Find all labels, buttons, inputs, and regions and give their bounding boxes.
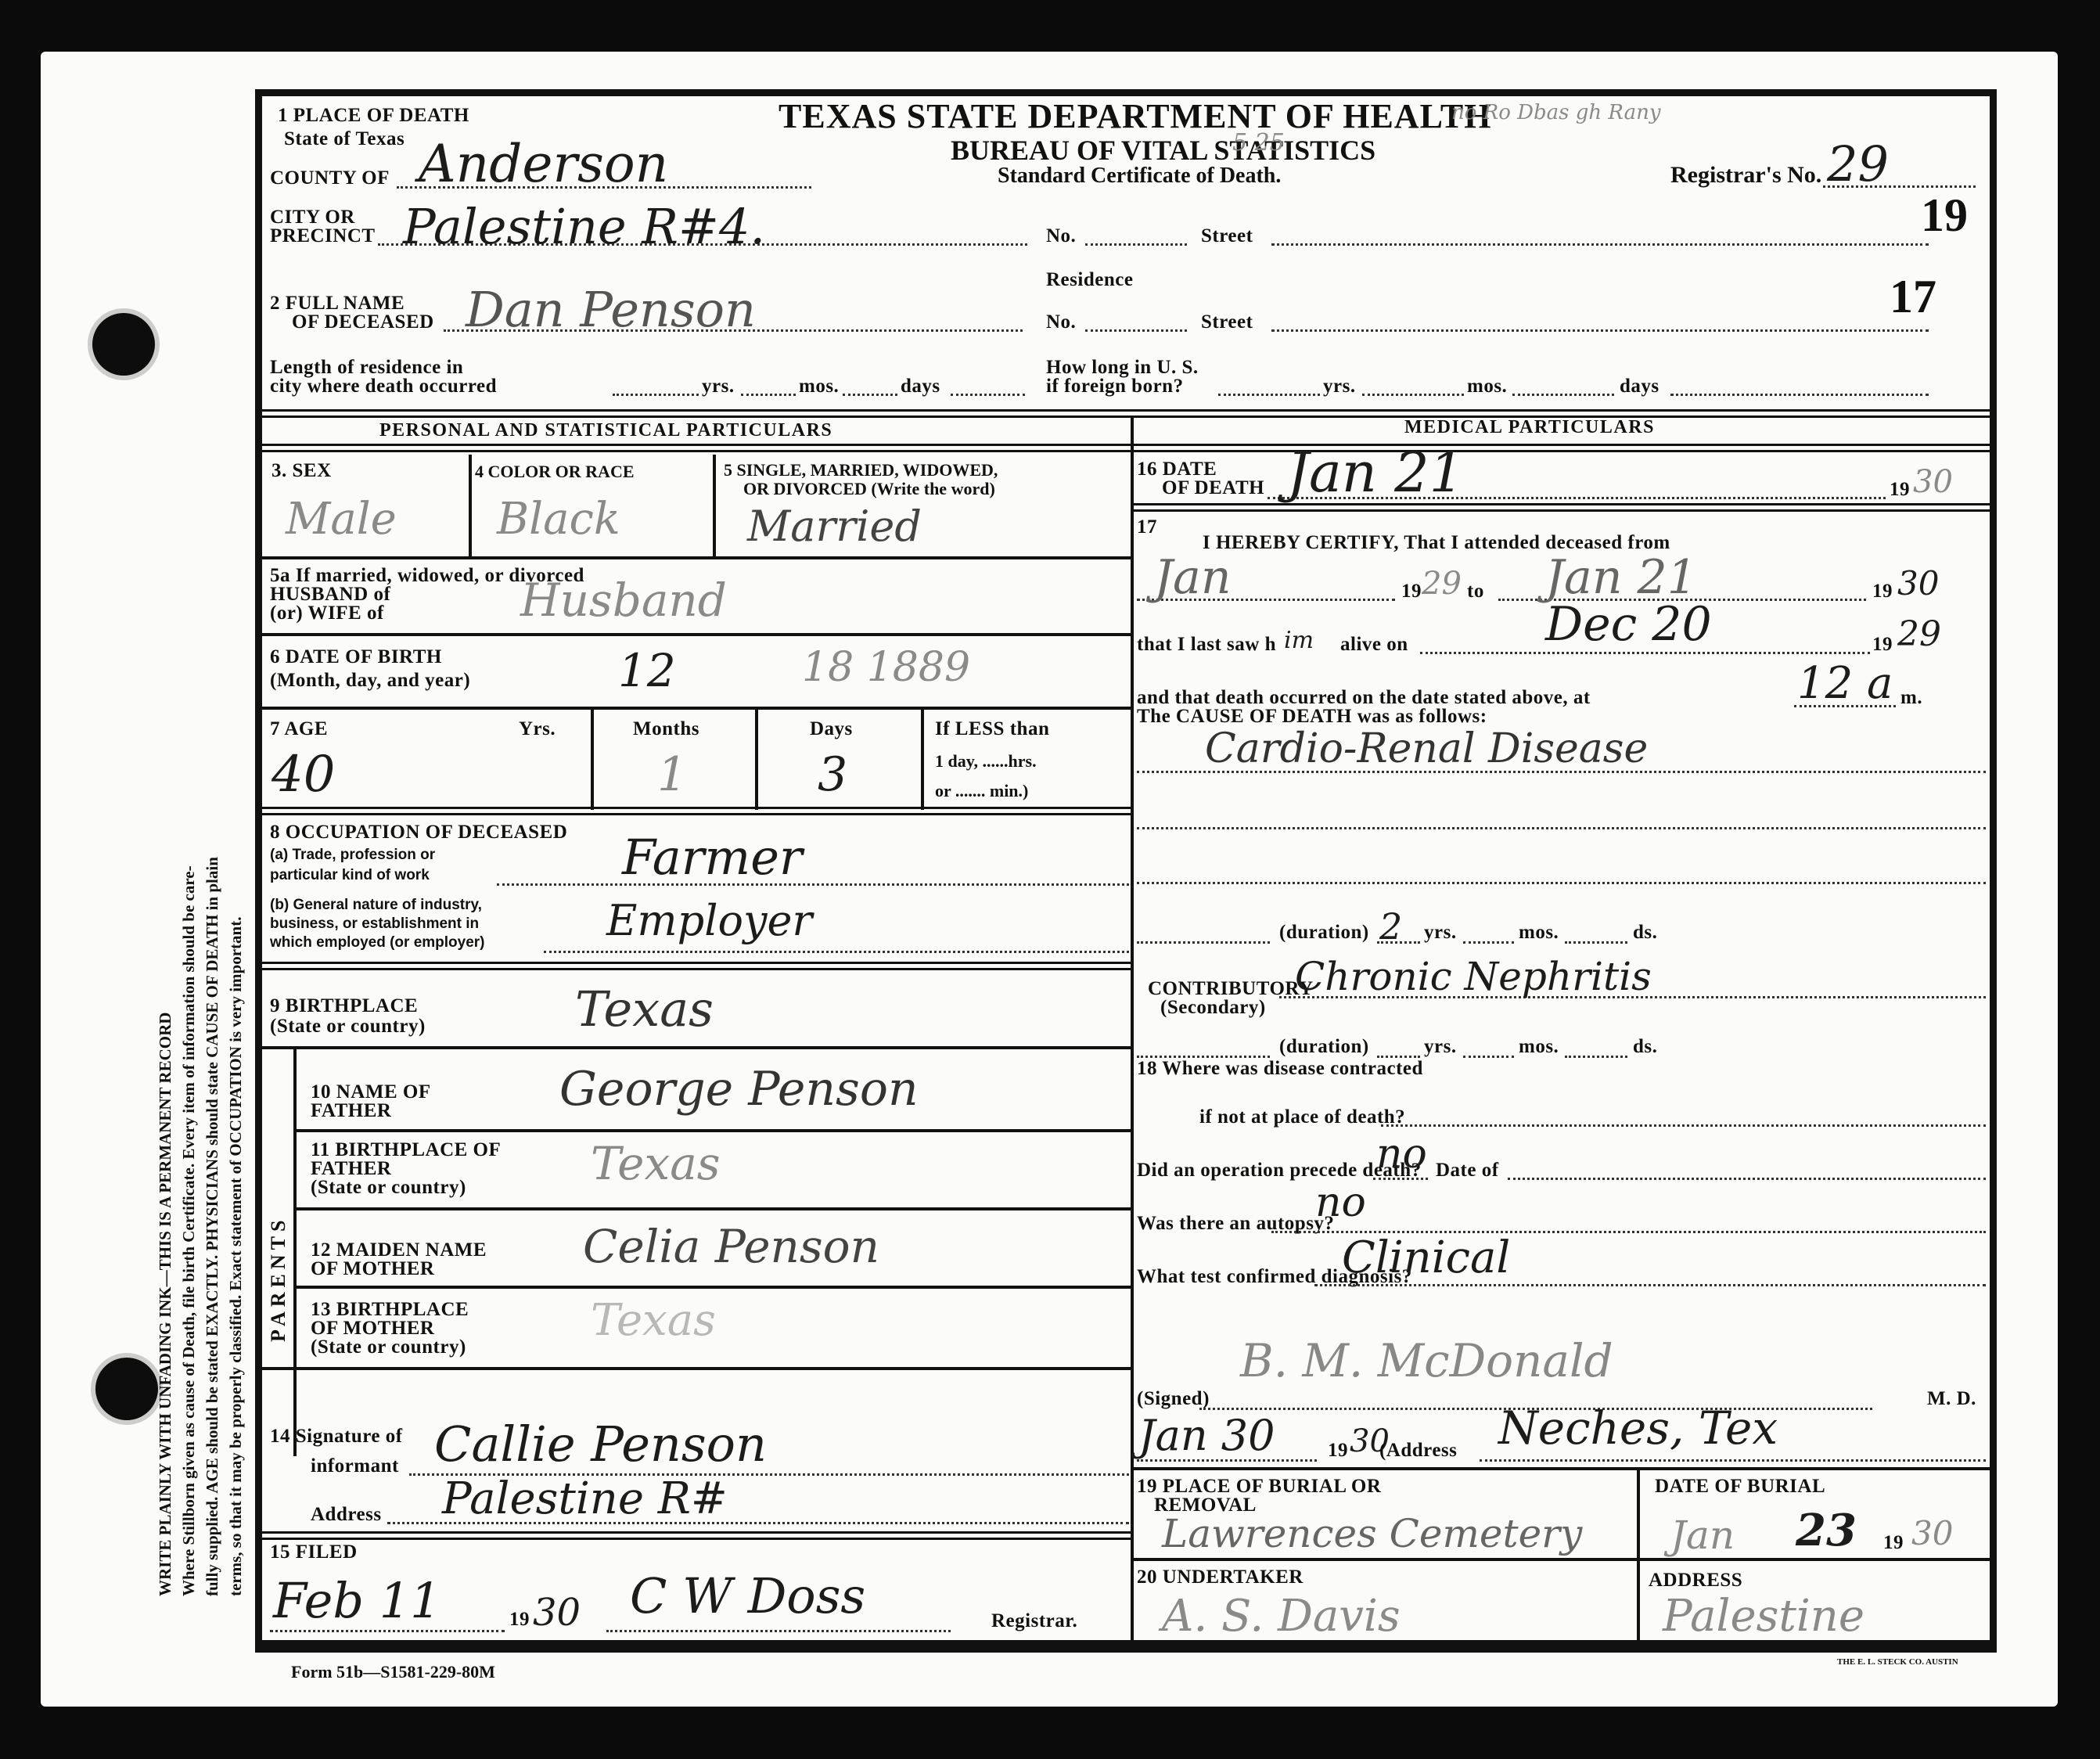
operation-field[interactable]: no — [1376, 1131, 1427, 1178]
age-yrs-label: Yrs. — [519, 719, 556, 739]
birthplace-field[interactable]: Texas — [575, 980, 714, 1038]
registrar-label: Registrar. — [991, 1611, 1077, 1631]
margin-note-right: no Ro Dbas gh Rany — [1451, 101, 1661, 124]
race-field[interactable]: Black — [497, 494, 620, 545]
residence-days-label: days — [901, 376, 940, 397]
date-of-death-year-field[interactable]: 30 — [1913, 464, 1953, 500]
alive-on-label: alive on — [1340, 635, 1408, 655]
duration-label-secondary: (duration) — [1279, 1037, 1369, 1057]
filed-label: 15 FILED — [270, 1542, 358, 1563]
occupation-industry-field[interactable]: Employer — [606, 896, 812, 945]
dob-label-2: (Month, day, and year) — [270, 671, 470, 691]
age-less-label-2: 1 day, ......hrs. — [935, 752, 1037, 771]
test-field[interactable]: Clinical — [1342, 1232, 1510, 1283]
burial-year-prefix: 19 — [1883, 1533, 1904, 1553]
age-yrs-field[interactable]: 40 — [271, 746, 335, 804]
undertaker-field[interactable]: A. S. Davis — [1162, 1591, 1401, 1642]
father-birthplace-label-3: (State or country) — [311, 1178, 466, 1198]
father-name-label-2: FATHER — [311, 1101, 391, 1121]
where-contracted-label: 18 Where was disease contracted — [1137, 1059, 1423, 1079]
mother-name-label-2: OF MOTHER — [311, 1259, 434, 1279]
dob-label-1: 6 DATE OF BIRTH — [270, 647, 442, 667]
age-days-label: Days — [810, 719, 853, 739]
death-certificate-form: 1 PLACE OF DEATH State of Texas TEXAS ST… — [255, 89, 1997, 1653]
contributory-label-2: (Secondary) — [1160, 998, 1266, 1018]
duration2-yrs-label: yrs. — [1424, 1037, 1457, 1057]
last-saw-year-prefix: 19 — [1872, 635, 1893, 655]
signed-date-field[interactable]: Jan 30 — [1138, 1411, 1275, 1460]
date-of-death-label-2: OF DEATH — [1162, 478, 1264, 498]
bureau-title: BUREAU OF VITAL STATISTICS — [951, 134, 1375, 167]
dob-rest-field[interactable]: 18 1889 — [802, 644, 970, 691]
undertaker-address-label: ADDRESS — [1649, 1570, 1742, 1591]
last-saw-date-field[interactable]: Dec 20 — [1545, 597, 1712, 652]
autopsy-field[interactable]: no — [1315, 1179, 1366, 1226]
residence-label: Residence — [1046, 270, 1133, 290]
margin-note-top: 5 25 — [1232, 129, 1285, 156]
form-number: Form 51b—S1581-229-80M — [291, 1662, 495, 1682]
spouse-label-3: (or) WIFE of — [270, 603, 384, 624]
us-mos-label: mos. — [1467, 376, 1507, 397]
residence-yrs-label: yrs. — [702, 376, 735, 397]
occupation-a-label-2: particular kind of work — [270, 866, 430, 885]
informant-address-label: Address — [311, 1505, 382, 1525]
duration2-ds-label: ds. — [1633, 1037, 1657, 1057]
age-less-label-3: or ....... min.) — [935, 782, 1028, 800]
birthplace-label-1: 9 BIRTHPLACE — [270, 996, 418, 1016]
item-17-label: 17 — [1137, 517, 1157, 538]
duration2-mos-label: mos. — [1519, 1037, 1559, 1057]
occupation-trade-field[interactable]: Farmer — [622, 829, 803, 886]
informant-label-2: informant — [311, 1456, 399, 1477]
filed-year-field[interactable]: 30 — [533, 1591, 581, 1635]
burial-place-field[interactable]: Lawrences Cemetery — [1162, 1511, 1582, 1556]
filed-year-prefix: 19 — [509, 1610, 530, 1630]
marital-field[interactable]: Married — [747, 502, 922, 551]
margin-instructions: WRITE PLAINLY WITH UNFADING INK—THIS IS … — [153, 125, 247, 1596]
burial-day-field[interactable]: 23 — [1796, 1505, 1857, 1556]
duration-mos-label: mos. — [1519, 923, 1559, 943]
punch-hole-top — [92, 313, 155, 376]
mother-name-field[interactable]: Celia Penson — [583, 1220, 879, 1273]
attended-from-year-prefix: 19 — [1401, 581, 1422, 602]
last-saw-pronoun-field[interactable]: im — [1284, 627, 1314, 654]
undertaker-address-field[interactable]: Palestine — [1663, 1591, 1864, 1642]
printer-credit: THE E. L. STECK CO. AUSTIN — [1837, 1657, 1958, 1667]
mother-birthplace-field[interactable]: Texas — [591, 1295, 716, 1346]
death-time-field[interactable]: 12 a — [1797, 658, 1893, 709]
parents-side-label: PARENTS — [267, 1216, 290, 1342]
residence-length-label-2: city where death occurred — [270, 376, 497, 397]
informant-signature-field[interactable]: Callie Penson — [434, 1415, 767, 1473]
registrar-no-label: Registrar's No. — [1670, 162, 1821, 189]
punch-hole-bottom — [95, 1358, 158, 1420]
medical-section-title: MEDICAL PARTICULARS — [1404, 417, 1655, 438]
not-at-place-label: if not at place of death? — [1199, 1107, 1405, 1128]
sex-field[interactable]: Male — [286, 494, 397, 545]
margin-line-2: Where Stillborn given as cause of Death,… — [177, 125, 200, 1596]
county-label: COUNTY OF — [270, 168, 390, 189]
informant-address-field[interactable]: Palestine R# — [442, 1473, 728, 1524]
personal-section-title: PERSONAL AND STATISTICAL PARTICULARS — [379, 420, 832, 441]
spouse-field[interactable]: Husband — [520, 574, 727, 627]
burial-date-label: DATE OF BURIAL — [1655, 1477, 1825, 1497]
street-label: Street — [1201, 226, 1253, 246]
margin-line-4: terms, so that it may be properly classi… — [224, 125, 247, 1596]
cause-of-death-label: The CAUSE OF DEATH was as follows: — [1137, 707, 1487, 727]
marital-label-1: 5 SINGLE, MARRIED, WIDOWED, — [724, 461, 998, 480]
father-name-field[interactable]: George Penson — [559, 1062, 919, 1117]
attended-from-year-field[interactable]: 29 — [1422, 566, 1462, 602]
duration-yrs-field[interactable]: 2 — [1379, 905, 1402, 948]
last-saw-label: that I last saw h — [1137, 635, 1276, 655]
operation-date-label: Date of — [1436, 1160, 1499, 1181]
sex-label: 3. SEX — [271, 461, 332, 481]
occupation-label: 8 OCCUPATION OF DECEASED — [270, 822, 567, 843]
death-time-suffix: m. — [1900, 688, 1922, 708]
stamp-19: 19 — [1921, 189, 1968, 243]
occupation-b-label-2: business, or establishment in — [270, 915, 479, 933]
burial-year-field[interactable]: 30 — [1911, 1514, 1953, 1552]
occupation-b-label-3: which employed (or employer) — [270, 933, 485, 952]
duration-ds-label: ds. — [1633, 923, 1657, 943]
marital-label-2: OR DIVORCED (Write the word) — [743, 480, 995, 498]
dob-month-field[interactable]: 12 — [618, 644, 676, 697]
margin-line-3: fully supplied. AGE should be stated EXA… — [200, 125, 224, 1596]
informant-label-1: 14 Signature of — [270, 1426, 403, 1447]
certificate-type: Standard Certificate of Death. — [998, 164, 1281, 189]
age-months-field[interactable]: 1 — [657, 747, 687, 802]
burial-month-field[interactable]: Jan — [1670, 1513, 1735, 1558]
county-field[interactable]: Anderson — [419, 134, 668, 194]
us-yrs-label: yrs. — [1323, 376, 1356, 397]
registrar-signature-field[interactable]: C W Doss — [630, 1567, 865, 1624]
full-name-field[interactable]: Dan Penson — [466, 281, 756, 338]
race-label: 4 COLOR OR RACE — [475, 462, 635, 481]
signed-year-prefix: 19 — [1328, 1441, 1348, 1461]
father-birthplace-field[interactable]: Texas — [591, 1137, 721, 1190]
age-days-field[interactable]: 3 — [818, 747, 847, 802]
duration-label-primary: (duration) — [1279, 923, 1369, 943]
undertaker-label: 20 UNDERTAKER — [1137, 1567, 1304, 1588]
residence-no-label: No. — [1046, 312, 1076, 333]
date-of-death-year-prefix: 19 — [1890, 480, 1910, 500]
full-name-label-2: OF DECEASED — [292, 312, 434, 333]
state-label: State of Texas — [284, 129, 405, 149]
cause-of-death-field[interactable]: Cardio-Renal Disease — [1205, 725, 1648, 772]
physician-address-label: (Address — [1379, 1441, 1457, 1461]
date-of-death-field[interactable]: Jan 21 — [1287, 441, 1464, 505]
signed-label: (Signed) — [1137, 1389, 1210, 1409]
us-days-label: days — [1620, 376, 1660, 397]
age-label: 7 AGE — [270, 719, 328, 739]
filed-date-field[interactable]: Feb 11 — [273, 1572, 441, 1629]
city-label-2: PRECINCT — [270, 226, 376, 246]
occupation-b-label-1: (b) General nature of industry, — [270, 896, 482, 915]
residence-mos-label: mos. — [799, 376, 839, 397]
physician-signature-field[interactable]: B. M. McDonald — [1240, 1334, 1613, 1387]
age-less-label-1: If LESS than — [935, 719, 1049, 739]
duration-yrs-label: yrs. — [1424, 923, 1457, 943]
no-label: No. — [1046, 226, 1076, 246]
birthplace-label-2: (State or country) — [270, 1016, 426, 1037]
occupation-a-label-1: (a) Trade, profession or — [270, 846, 435, 865]
attended-from-field[interactable]: Jan — [1154, 550, 1231, 605]
department-title: TEXAS STATE DEPARTMENT OF HEALTH — [779, 96, 1491, 136]
registrar-no-value[interactable]: 29 — [1827, 135, 1889, 192]
last-saw-year-field[interactable]: 29 — [1897, 614, 1941, 654]
stamp-17: 17 — [1890, 270, 1936, 324]
contributory-field[interactable]: Chronic Nephritis — [1295, 954, 1652, 999]
us-label-2: if foreign born? — [1046, 376, 1184, 397]
to-label: to — [1467, 581, 1484, 602]
physician-address-field[interactable]: Neches, Tex — [1498, 1401, 1778, 1455]
age-months-label: Months — [633, 719, 699, 739]
md-label: M. D. — [1927, 1389, 1976, 1409]
attended-to-year-prefix: 19 — [1872, 581, 1893, 602]
margin-line-1: WRITE PLAINLY WITH UNFADING INK—THIS IS … — [153, 125, 177, 1596]
place-of-death-label: 1 PLACE OF DEATH — [278, 106, 469, 126]
attended-to-year-field[interactable]: 30 — [1897, 564, 1939, 603]
mother-birthplace-label-3: (State or country) — [311, 1337, 466, 1358]
residence-street-label: Street — [1201, 312, 1253, 333]
city-field[interactable]: Palestine R#4. — [403, 198, 765, 255]
